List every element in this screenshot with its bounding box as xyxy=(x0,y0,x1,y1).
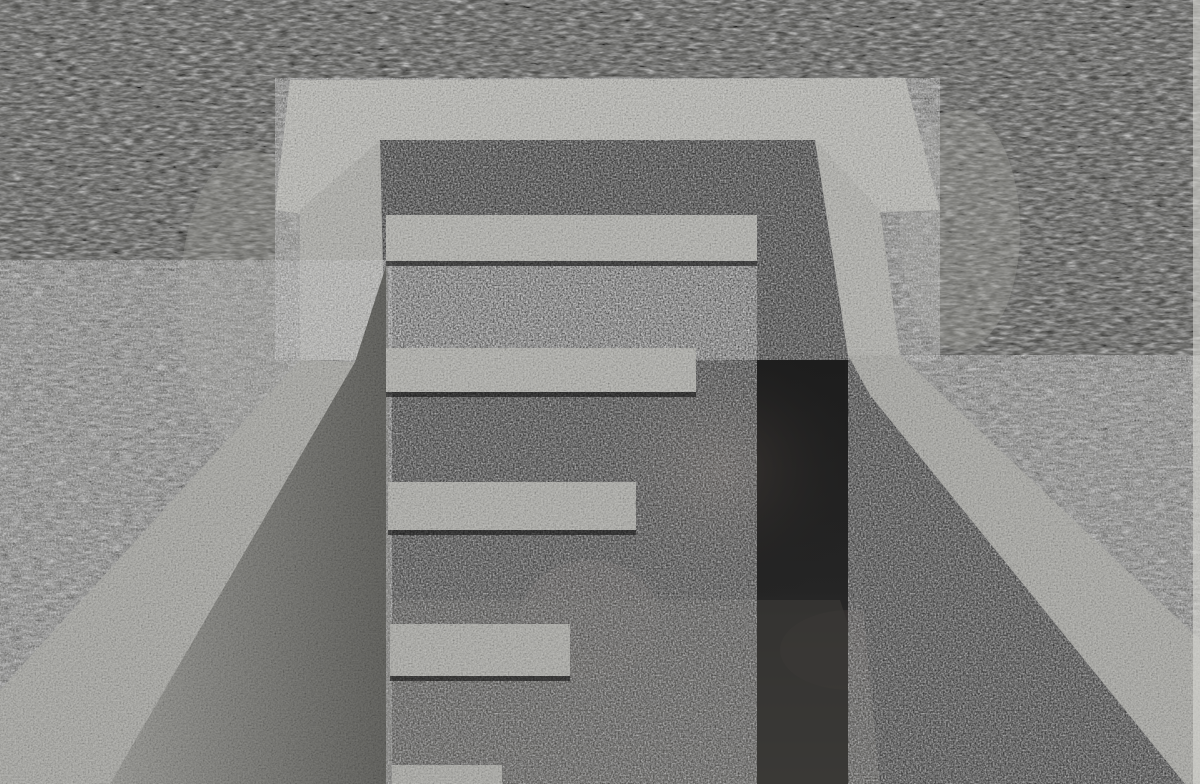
stair-tread-4 xyxy=(390,624,570,676)
stair-tread-2 xyxy=(386,348,696,392)
stair-tread-5 xyxy=(392,765,502,784)
photograph: Concrete steps descending into a narrow … xyxy=(0,0,1200,784)
photo-edge xyxy=(1193,0,1200,784)
scene xyxy=(0,0,1200,784)
stair-tread-1 xyxy=(386,215,757,261)
stair-tread-3 xyxy=(388,482,636,530)
